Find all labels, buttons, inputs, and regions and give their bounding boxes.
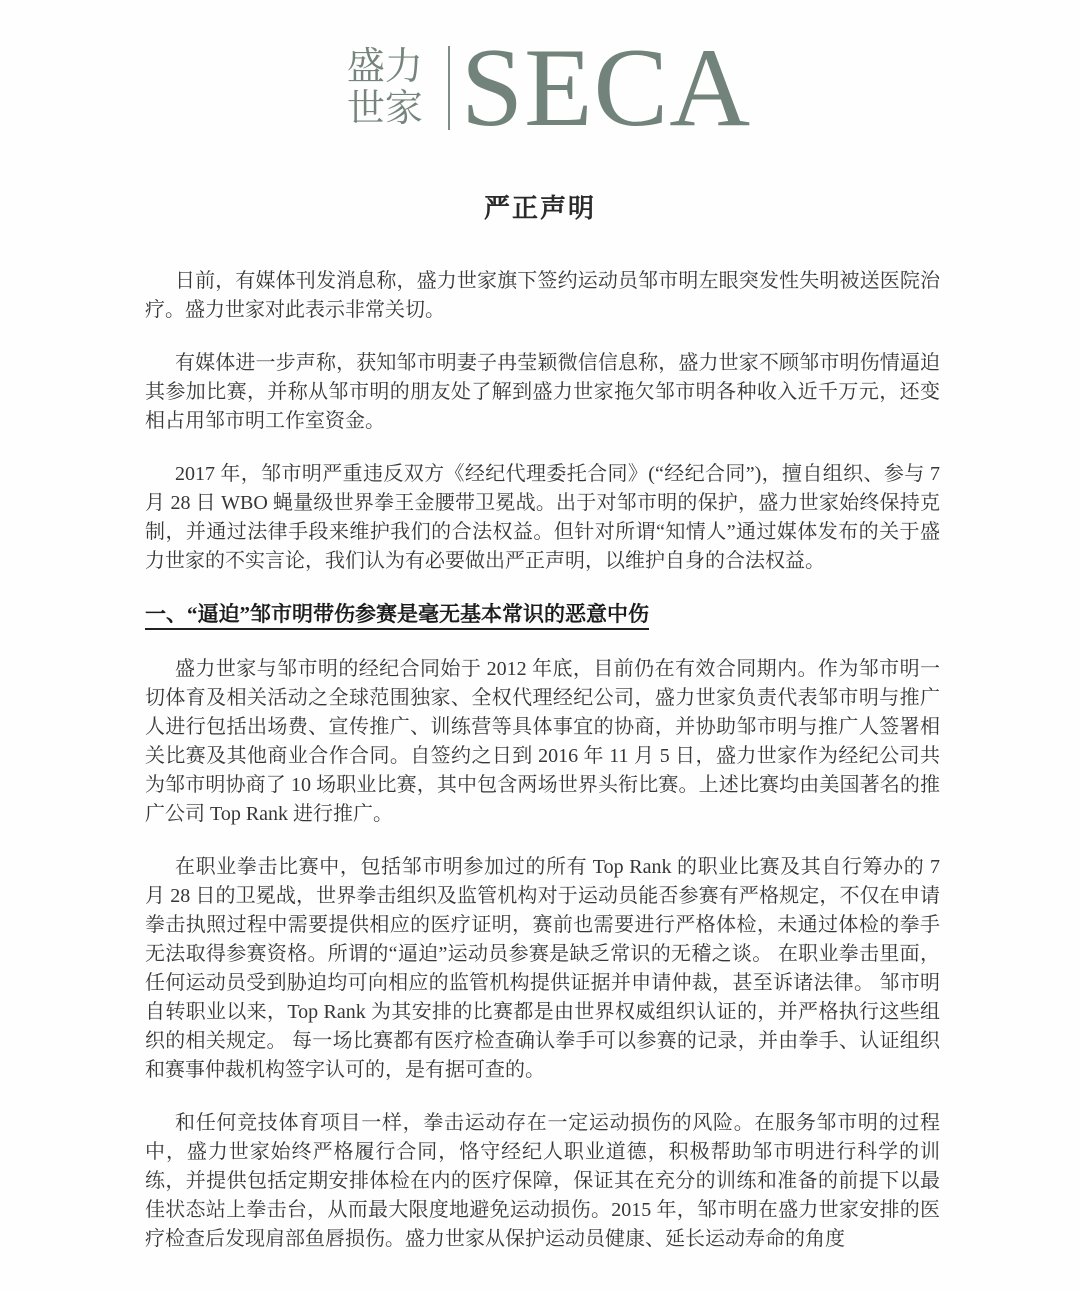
logo-divider-bar [448, 46, 450, 130]
section-1-paragraph-2: 在职业拳击比赛中，包括邹市明参加过的所有 Top Rank 的职业比赛及其自行筹… [145, 853, 940, 1085]
section-1-paragraph-3: 和任何竞技体育项目一样，拳击运动存在一定运动损伤的风险。在服务邹市明的过程中，盛… [145, 1109, 940, 1254]
logo-latin-name: SECA [461, 42, 751, 134]
section-1-heading-text: 一、“逼迫”邹市明带伤参赛是毫无基本常识的恶意中伤 [145, 602, 649, 630]
intro-paragraph-1: 日前，有媒体刊发消息称，盛力世家旗下签约运动员邹市明左眼突发性失明被送医院治疗。… [145, 267, 940, 325]
statement-body: 日前，有媒体刊发消息称，盛力世家旗下签约运动员邹市明左眼突发性失明被送医院治疗。… [145, 267, 940, 1254]
logo-chinese-line1: 盛力 [347, 48, 433, 86]
intro-paragraph-2: 有媒体进一步声称，获知邹市明妻子冉莹颖微信信息称，盛力世家不顾邹市明伤情逼迫其参… [145, 349, 940, 436]
section-1-heading: 一、“逼迫”邹市明带伤参赛是毫无基本常识的恶意中伤 [145, 600, 940, 629]
seca-logo: 盛力 世家 SECA [18, 0, 1080, 134]
logo-chinese-line2: 世家 [347, 90, 433, 128]
scanned-statement-page: 盛力 世家 SECA 严正声明 日前，有媒体刊发消息称，盛力世家旗下签约运动员邹… [0, 0, 1080, 1290]
section-1-paragraph-1: 盛力世家与邹市明的经纪合同始于 2012 年底，目前仍在有效合同期内。作为邹市明… [145, 655, 940, 829]
statement-title: 严正声明 [0, 188, 1080, 225]
intro-paragraph-3: 2017 年，邹市明严重违反双方《经纪代理委托合同》(“经纪合同”)，擅自组织、… [145, 460, 940, 576]
logo-chinese-name: 盛力 世家 [347, 48, 433, 128]
